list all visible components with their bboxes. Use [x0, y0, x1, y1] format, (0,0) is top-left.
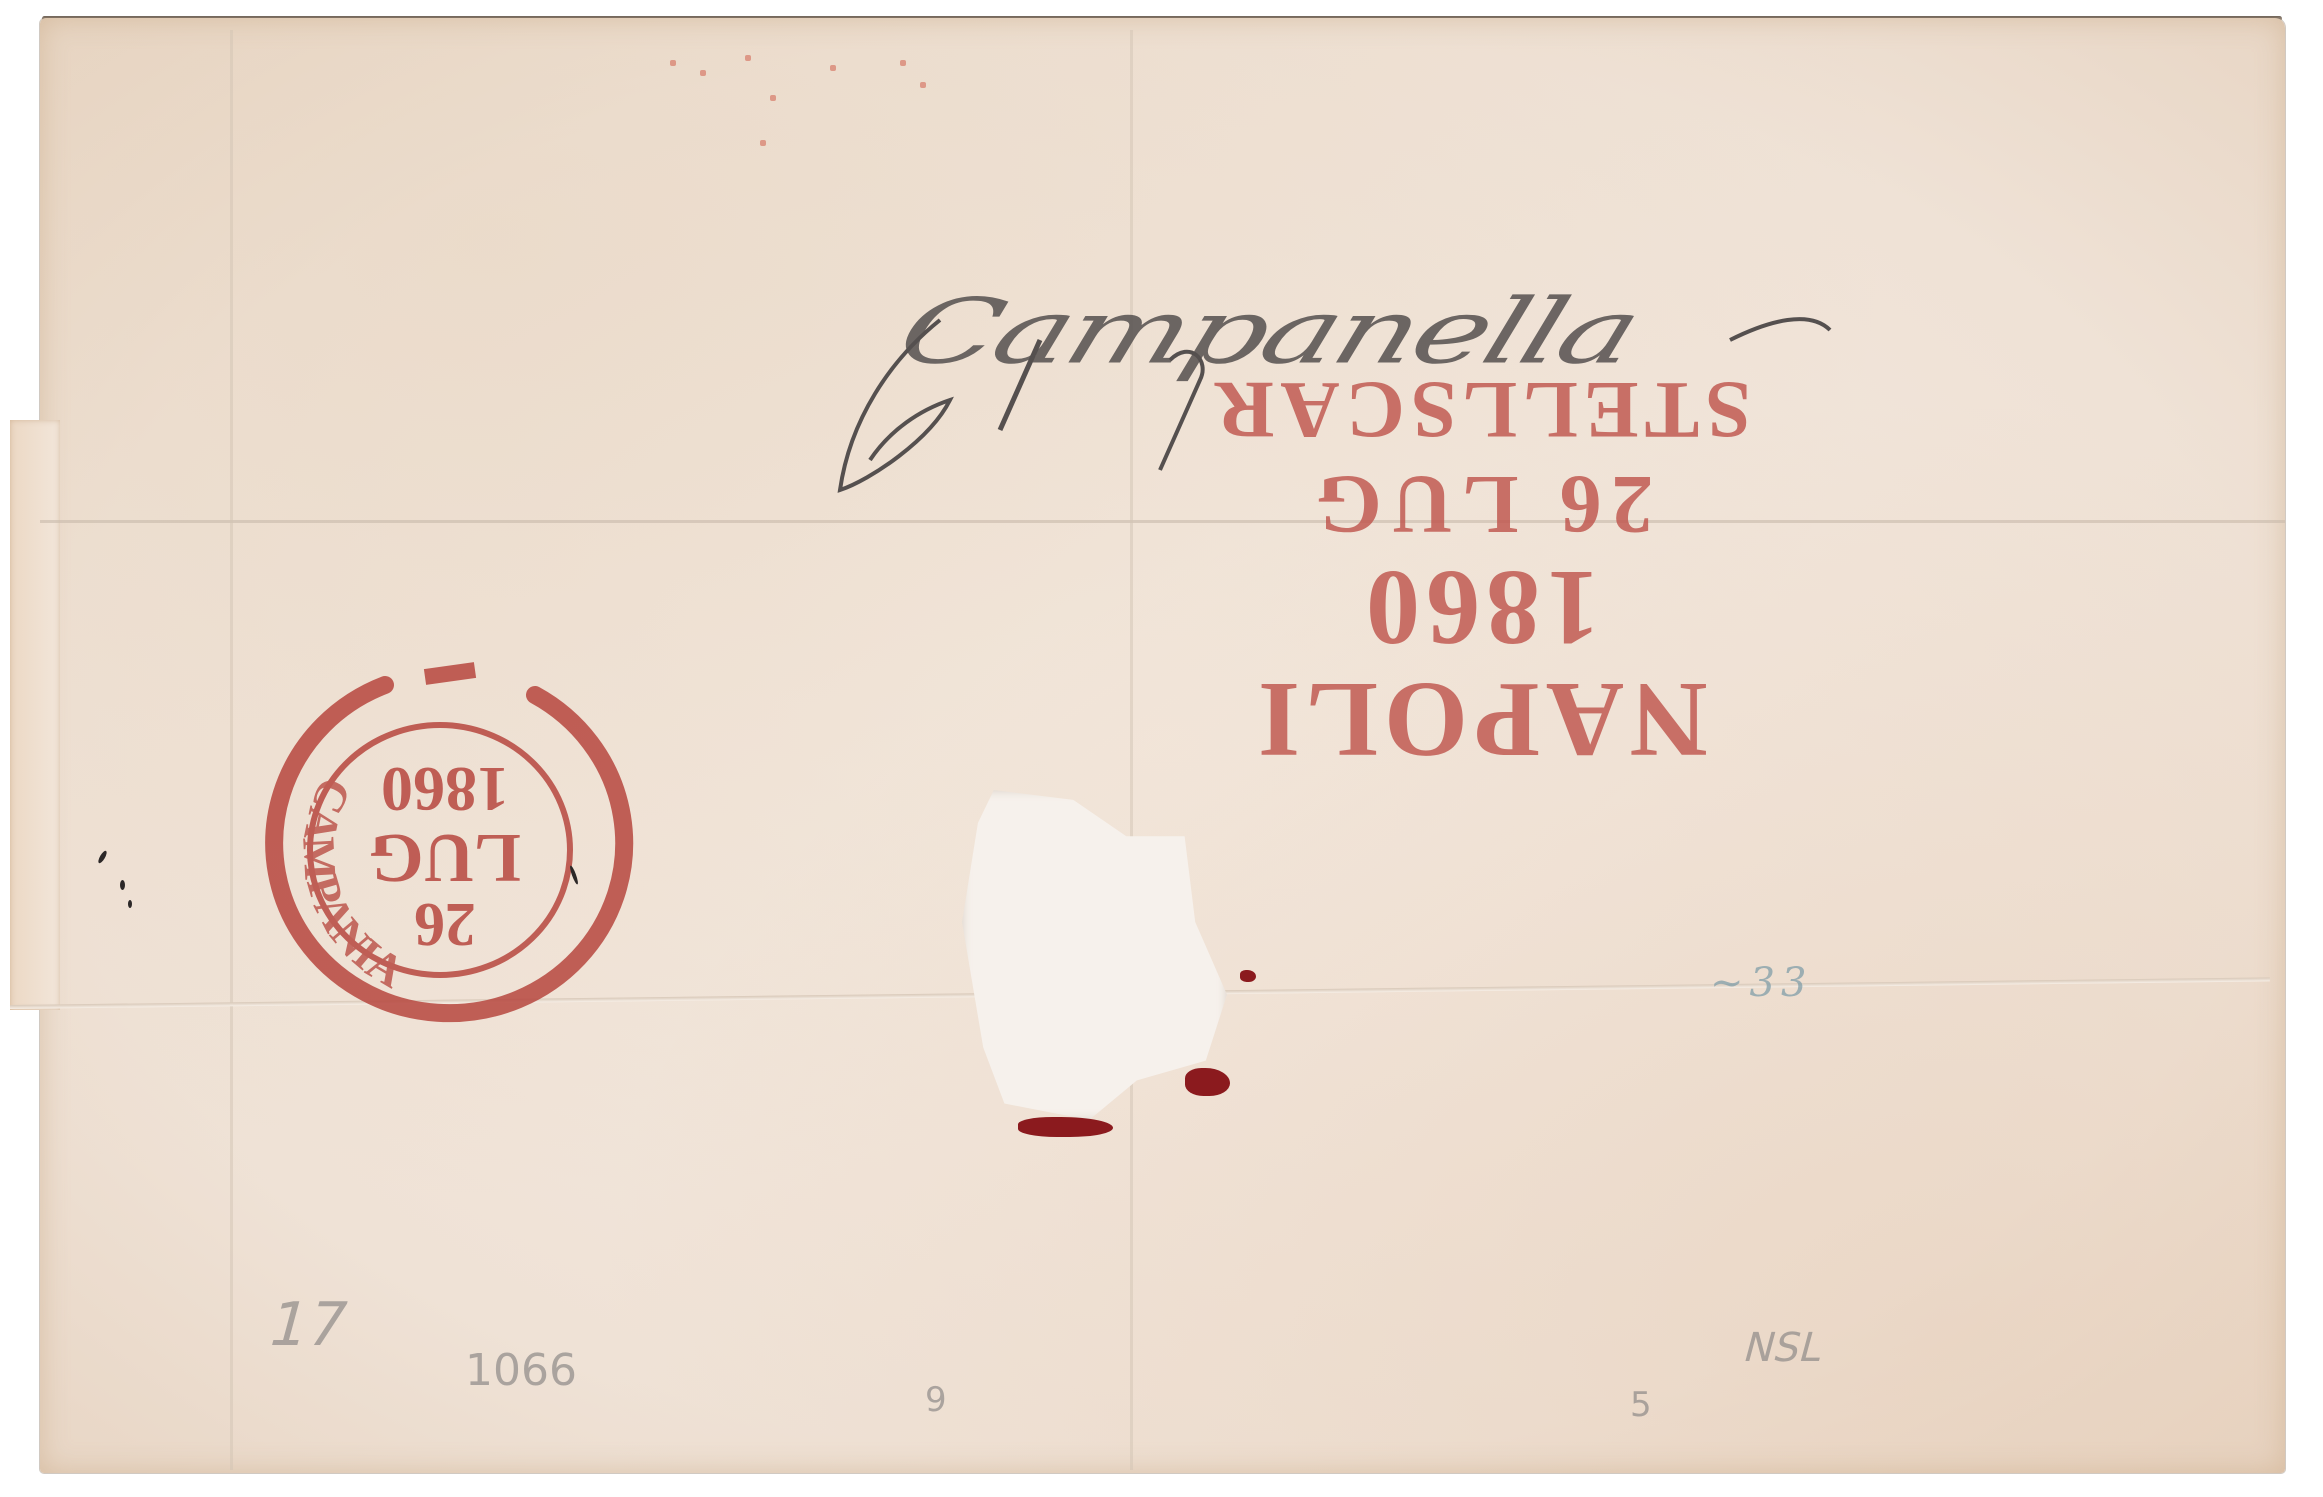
wax-seal-remnant [1018, 1117, 1113, 1137]
wax-seal-remnant [1185, 1068, 1230, 1096]
ink-speck [830, 65, 836, 71]
postmark-office: STELLSCAR [1120, 363, 1840, 457]
straight-line-postmark: NAPOLI 1860 26 LUG STELLSCAR [1120, 445, 1840, 775]
circular-stamp-date: 26 LUG 1860 [355, 735, 535, 955]
blue-crayon-note: ~33 [1710, 960, 1812, 1006]
ink-speck [670, 60, 676, 66]
pencil-mark: NSL [1739, 1325, 1829, 1371]
pencil-mark: 9 [925, 1380, 947, 1420]
vertical-fold-crease [230, 30, 233, 1470]
ink-speck [900, 60, 906, 66]
postmark-town-year: NAPOLI 1860 [1120, 551, 1840, 775]
postmark-date: 26 LUG [1120, 457, 1840, 551]
ink-speck [760, 140, 766, 146]
left-folded-flap [10, 420, 60, 1010]
pencil-mark: 5 [1630, 1385, 1652, 1425]
ink-mark [120, 880, 125, 890]
stamp-month: LUG [355, 821, 535, 893]
stamp-year: 1860 [355, 757, 535, 821]
wax-seal-remnant [1240, 970, 1256, 982]
stamp-day: 26 [355, 893, 535, 955]
ink-speck [745, 55, 751, 61]
ink-speck [920, 82, 926, 88]
ink-mark [128, 900, 132, 908]
circular-date-stamp: CAMPANIA 26 LUG 1860 [235, 655, 645, 1035]
ink-speck [770, 95, 776, 101]
ink-speck [700, 70, 706, 76]
pencil-catalog-number: 1066 [465, 1345, 577, 1396]
